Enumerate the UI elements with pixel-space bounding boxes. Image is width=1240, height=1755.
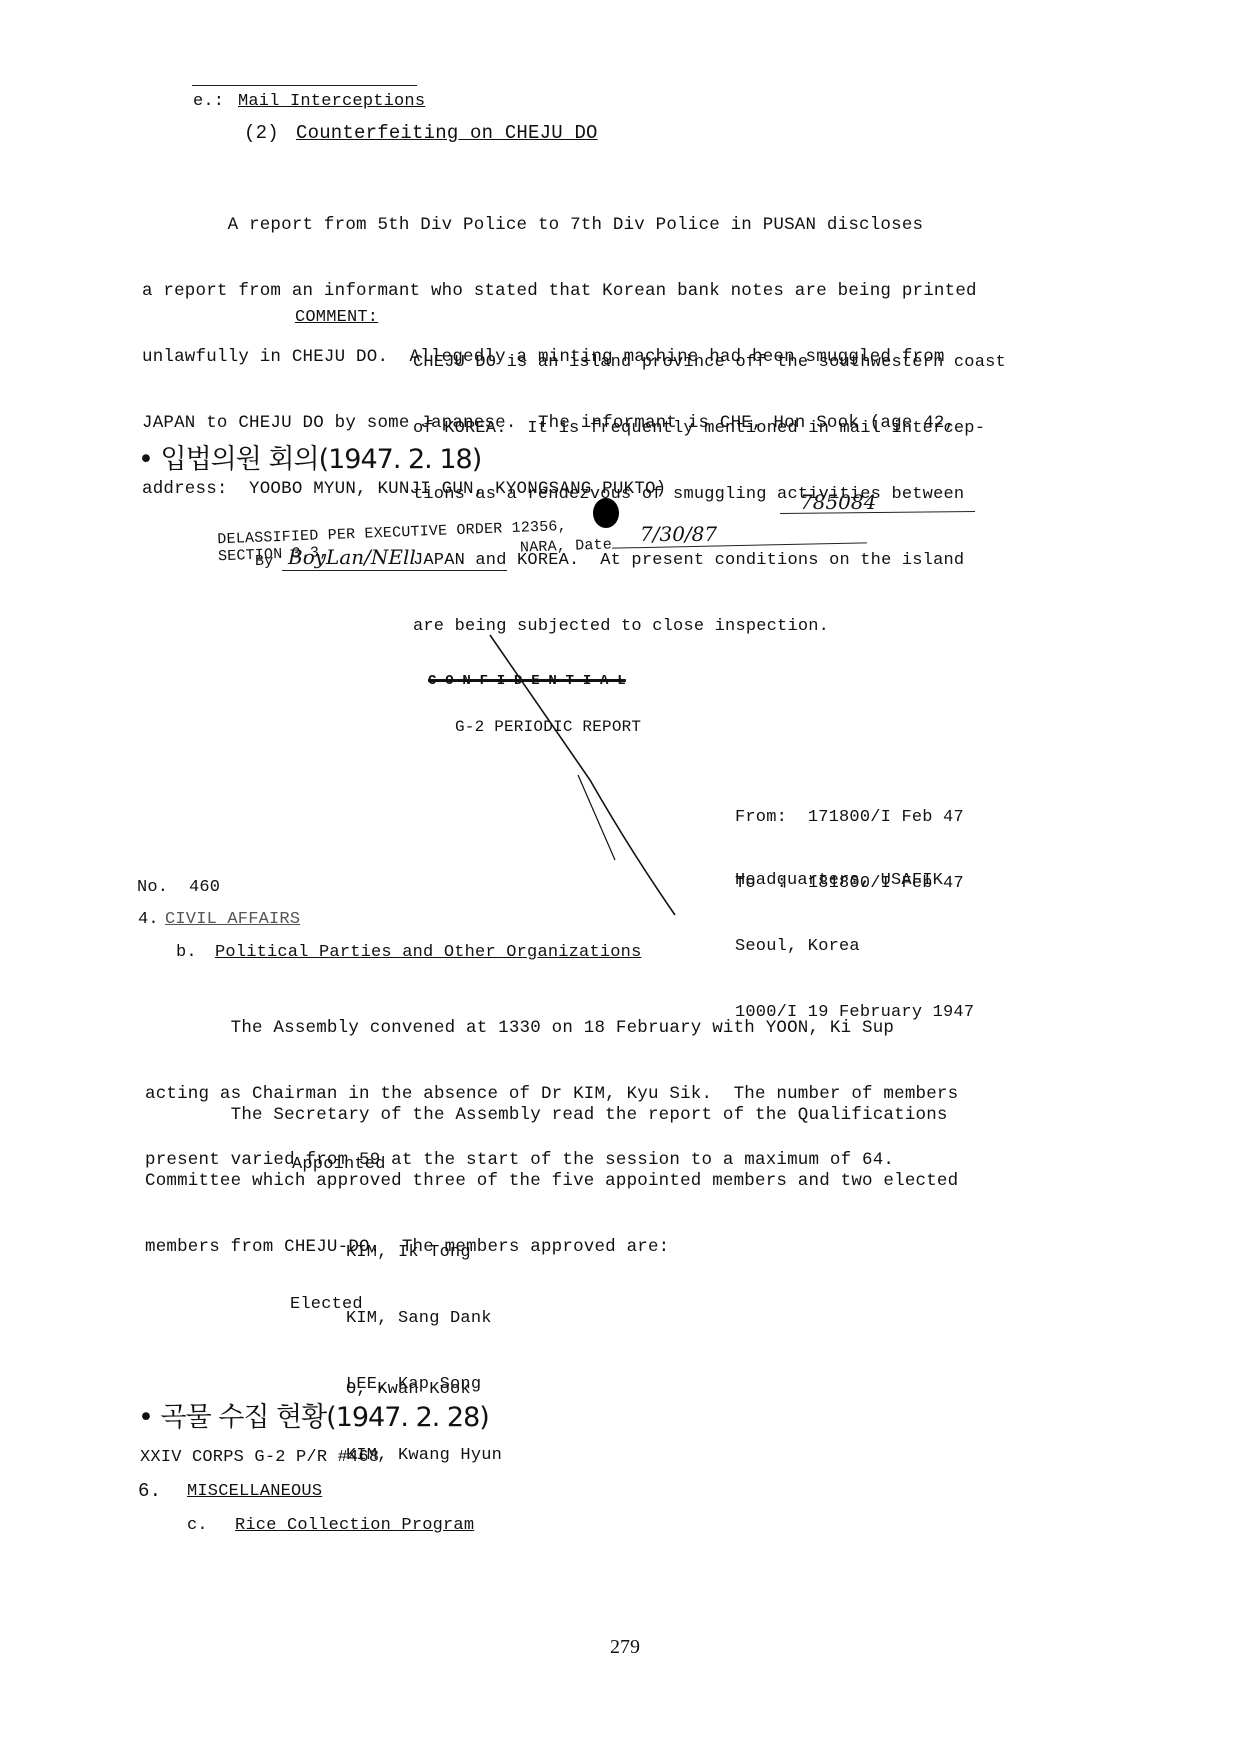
secretary-paragraph: The Secretary of the Assembly read the r…: [145, 1060, 958, 1280]
section-e-title: Mail Interceptions: [238, 92, 425, 111]
elected-label: Elected: [290, 1295, 363, 1314]
from-value: 171800/I Feb 47: [808, 808, 964, 827]
diagonal-pen-line: [480, 630, 680, 920]
secretary-line: Committee which approved three of the fi…: [145, 1170, 958, 1192]
origin-line: Headquarters, USAFIK: [735, 870, 974, 892]
nara-date-label: NARA, Date: [520, 536, 613, 556]
ink-blot: [593, 498, 619, 528]
section-e-marker: e.:: [193, 92, 224, 111]
section-6-number: 6.: [138, 1480, 161, 1502]
comment-line: CHEJU DO is an island province off the s…: [413, 352, 1006, 374]
section-6c-title: Rice Collection Program: [235, 1516, 474, 1535]
page-number: 279: [610, 1636, 640, 1659]
secretary-line: members from CHEJU-DO. The members appro…: [145, 1236, 958, 1258]
report-line: a report from an informant who stated th…: [142, 280, 977, 302]
comment-body: CHEJU DO is an island province off the s…: [413, 308, 1006, 660]
appointed-member: KIM, Ik Tong: [346, 1242, 492, 1264]
report-number: No. 460: [137, 878, 220, 897]
corps-reference: XXIV CORPS G-2 P/R #468: [140, 1448, 379, 1467]
section-6c-marker: c.: [187, 1516, 208, 1535]
signature-rule: [282, 570, 507, 571]
section-4b-marker: b.: [176, 943, 197, 962]
subsection-number: (2): [244, 122, 279, 144]
section-4-number: 4.: [138, 910, 159, 929]
appointed-member: KIM, Sang Dank: [346, 1308, 492, 1330]
appointed-label: Appointed: [292, 1155, 386, 1174]
from-label: From:: [735, 808, 787, 827]
declassified-prefix: DELASSIFIED PER EXECUTIVE ORDER 12356,: [217, 518, 567, 548]
heading-grain-collection: • 곡물 수집 현황(1947. 2. 28): [138, 1395, 489, 1434]
comment-line: of KOREA. It is frequently mentioned in …: [413, 418, 1006, 440]
nara-date: 7/30/87: [640, 522, 717, 546]
section-4b-title: Political Parties and Other Organization…: [215, 943, 641, 962]
assembly-line: The Assembly convened at 1330 on 18 Febr…: [145, 1017, 958, 1039]
by-signature: BoyLan/NEll: [288, 545, 416, 569]
declassified-number: 785084: [800, 490, 876, 514]
report-line: A report from 5th Div Police to 7th Div …: [142, 214, 977, 236]
report-title: G-2 PERIODIC REPORT: [455, 718, 641, 736]
comment-label: COMMENT:: [295, 308, 378, 327]
subsection-title: Counterfeiting on CHEJU DO: [296, 122, 598, 144]
heading-legislative-assembly: • 입법의원 회의(1947. 2. 18): [138, 437, 481, 476]
section-4-title: CIVIL AFFAIRS: [165, 910, 300, 929]
by-label: By: [255, 553, 273, 570]
origin-line: Seoul, Korea: [735, 936, 974, 958]
section-6-title: MISCELLANEOUS: [187, 1482, 322, 1501]
secretary-line: The Secretary of the Assembly read the r…: [145, 1104, 958, 1126]
top-rule: [192, 85, 417, 86]
